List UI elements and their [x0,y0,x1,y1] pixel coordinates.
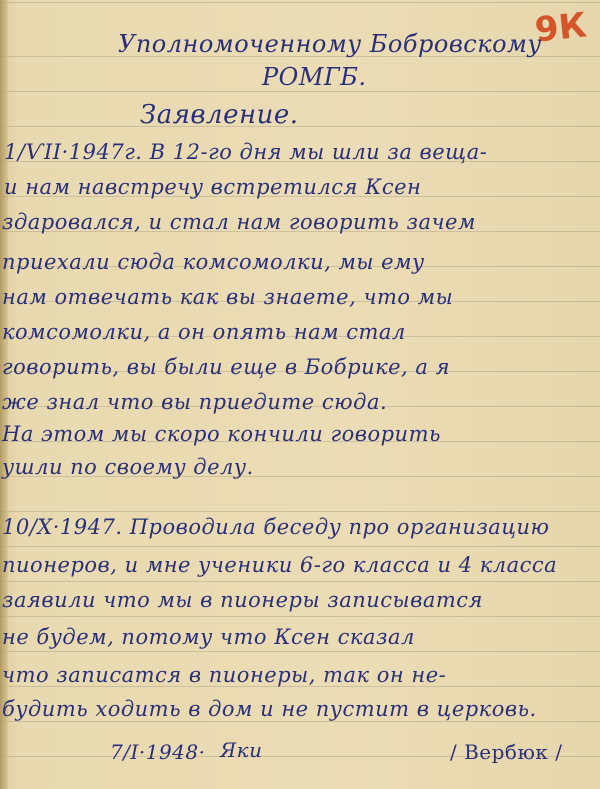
paragraph-1-line: нам отвечать как вы знаете, что мы [2,285,453,309]
paragraph-1-line: здаровался, и стал нам говорить зачем [2,210,476,234]
paragraph-2-line: 10/X·1947. Проводила беседу про организа… [2,515,549,539]
paragraph-1-line: же знал что вы приедите сюда. [2,390,387,414]
paragraph-1-line: приехали сюда комсомолки, мы ему [2,250,425,274]
signature-date: 7/I·1948· [110,740,205,764]
paragraph-2-line: заявили что мы в пионеры записыватся [2,588,483,612]
paragraph-2-line: что записатся в пионеры, так он не- [2,663,446,687]
paragraph-1-line: говорить, вы были еще в Бобрике, а я [2,355,450,379]
paragraph-2-line: не будем, потому что Ксен сказал [2,625,415,649]
paragraph-1-line: комсомолки, а он опять нам стал [2,320,406,344]
addressee-line-2: РОМГБ. [262,63,367,91]
paragraph-1-line: 1/ѴII·1947г. В 12-го дня мы шли за веща- [4,140,487,164]
paragraph-1-line: ушли по своему делу. [2,455,254,479]
paragraph-2-line: пионеров, и мне ученики 6-го класса и 4 … [2,553,557,577]
signature: Яки [220,738,262,762]
signer-name: / Вербюк / [450,740,562,764]
document-title: Заявление. [140,100,299,130]
paragraph-2-line: будить ходить в дом и не пустит в церков… [2,697,537,721]
paragraph-1-line: и нам навстречу встретился Ксен [4,175,421,199]
paragraph-1-line: На этом мы скоро кончили говорить [2,422,441,446]
addressee-line-1: Уполномоченному Бобровскому [118,30,542,58]
